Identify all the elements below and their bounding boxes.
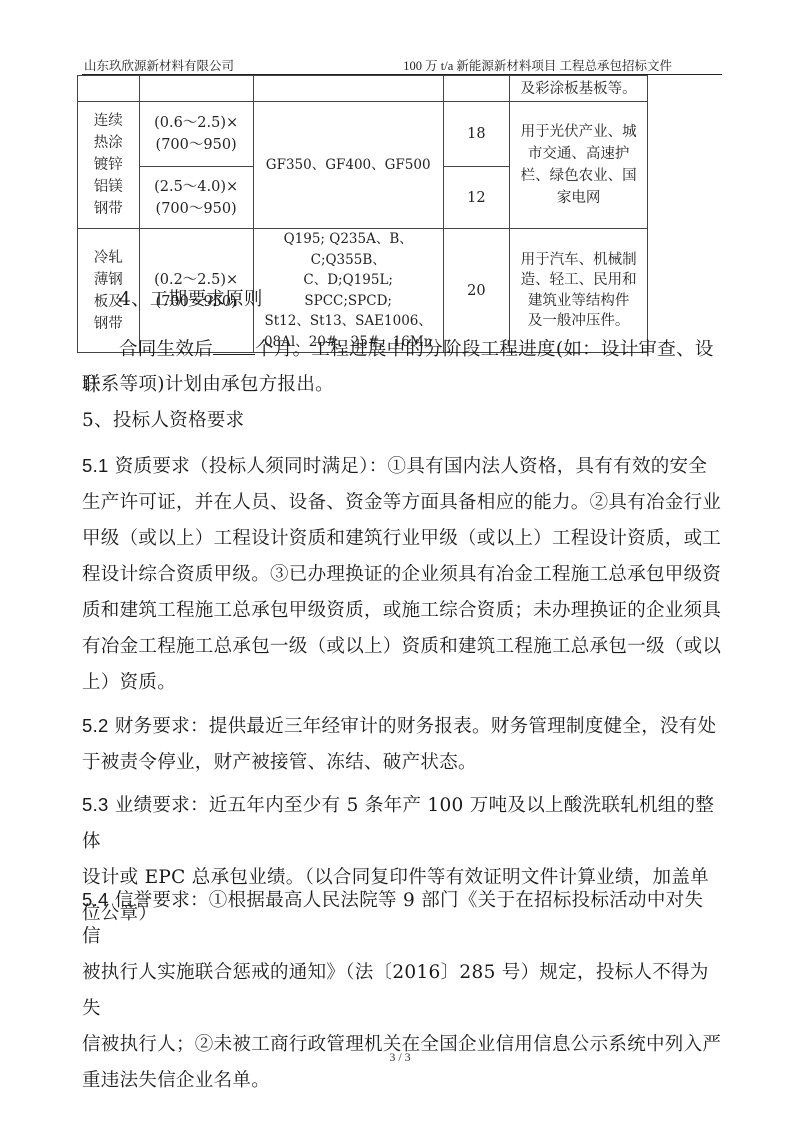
paragraph-number: 5.2 — [82, 715, 109, 736]
grade-cell: GF350、GF400、GF500 — [253, 102, 443, 229]
body-text: 合同生效后 — [119, 339, 213, 360]
product-name-cell: 连续 热涂 镀锌 铝镁 钢带 — [78, 102, 140, 229]
line-text: 业绩要求：近五年内至少有 5 条年产 100 万吨及以上酸洗联轧机组的整体 — [82, 795, 714, 852]
usage-line: 市交通、高速护 — [514, 143, 643, 165]
product-name-line: 钢带 — [82, 198, 135, 220]
table-cell — [78, 76, 140, 102]
paragraph-line: 有冶金工程施工总承包一级（或以上）资质和建筑工程施工总承包一级（或以 — [82, 629, 722, 665]
table-cell — [443, 76, 510, 102]
section-5-4: 5.4 信誉要求：①根据最高人民法院等 9 部门《关于在招标投标活动中对失信 被… — [82, 882, 722, 1099]
paragraph-line: 甲级（或以上）工程设计资质和建筑行业甲级（或以上）工程设计资质，或工 — [82, 521, 722, 557]
section-5-heading: 5、投标人资格要求 — [82, 403, 722, 439]
paragraph-line: 生产许可证，并在人员、设备、资金等方面具备相应的能力。②具有冶金行业 — [82, 485, 722, 521]
blank-field — [213, 338, 255, 355]
paragraph-line: 5.4 信誉要求：①根据最高人民法院等 9 部门《关于在招标投标活动中对失信 — [82, 882, 722, 955]
quantity-cell: 12 — [443, 167, 510, 229]
product-name-line: 冷轧 — [82, 247, 135, 269]
spec-line: (700～950) — [144, 198, 249, 220]
spec-line: (0.6～2.5)× — [144, 112, 249, 134]
paragraph-line: 5.2 财务要求：提供最近三年经审计的财务报表。财务管理制度健全，没有处 — [82, 708, 722, 745]
paragraph-number: 5.3 — [82, 794, 109, 815]
line-text: 信誉要求：①根据最高人民法院等 9 部门《关于在招标投标活动中对失信 — [82, 890, 703, 947]
section-4-heading: 4、工期要求原则 — [82, 282, 722, 318]
paragraph-line: 重违法失信企业名单。 — [82, 1063, 722, 1099]
line-text: 资质要求（投标人须同时满足）：①具有国内法人资格，具有有效的安全 — [109, 456, 708, 477]
usage-cell: 用于光伏产业、城 市交通、高速护 栏、绿色农业、国 家电网 — [510, 102, 648, 229]
product-name-line: 连续 — [82, 110, 135, 132]
page-number: 3 / 3 — [0, 1050, 800, 1065]
paragraph-number: 5.1 — [82, 455, 109, 476]
product-name-line: 镀锌 — [82, 154, 135, 176]
product-name-line: 铝镁 — [82, 176, 135, 198]
paragraph-line: 质和建筑工程施工总承包甲级资质，或施工综合资质；未办理换证的企业须具 — [82, 593, 722, 629]
grade-line: Q195; Q235A、B、C;Q355B、 — [258, 229, 439, 270]
usage-line: 家电网 — [514, 187, 643, 209]
table-row: 连续 热涂 镀锌 铝镁 钢带 (0.6～2.5)× (700～950) GF35… — [78, 102, 648, 167]
page-header: 山东玖欣源新材料有限公司 100 万 t/a 新能源新材料项目 工程总承包招标文… — [82, 55, 722, 75]
paragraph-line: 5.3 业绩要求：近五年内至少有 5 条年产 100 万吨及以上酸洗联轧机组的整… — [82, 787, 722, 860]
spec-cell: (0.6～2.5)× (700～950) — [139, 102, 253, 167]
spec-line: (700～950) — [144, 134, 249, 156]
spec-cell: (2.5～4.0)× (700～950) — [139, 167, 253, 229]
product-name-line: 热涂 — [82, 132, 135, 154]
quantity-cell: 18 — [443, 102, 510, 167]
paragraph-line: 被执行人实施联合惩戒的通知》（法〔2016〕285 号）规定，投标人不得为失 — [82, 955, 722, 1027]
section-4-body-line2: 联系等项)计划由承包方报出。 — [82, 367, 722, 403]
table-cell: 及彩涂板基板等。 — [510, 76, 648, 102]
spec-line: (2.5～4.0)× — [144, 176, 249, 198]
table-cell — [139, 76, 253, 102]
paragraph-line: 于被责令停业，财产被接管、冻结、破产状态。 — [82, 745, 722, 781]
usage-line: 用于汽车、机械制 — [514, 250, 643, 271]
line-text: 财务要求：提供最近三年经审计的财务报表。财务管理制度健全，没有处 — [109, 716, 717, 737]
section-5-2: 5.2 财务要求：提供最近三年经审计的财务报表。财务管理制度健全，没有处 于被责… — [82, 708, 722, 781]
usage-line: 用于光伏产业、城 — [514, 121, 643, 143]
usage-line: 栏、绿色农业、国 — [514, 165, 643, 187]
heading-text: 5、投标人资格要求 — [82, 410, 244, 431]
document-title: 100 万 t/a 新能源新材料项目 工程总承包招标文件 — [403, 56, 672, 74]
paragraph-number: 5.4 — [82, 889, 109, 910]
table-row: 及彩涂板基板等。 — [78, 76, 648, 102]
paragraph-line: 上）资质。 — [82, 665, 722, 701]
table-cell — [253, 76, 443, 102]
company-name: 山东玖欣源新材料有限公司 — [84, 56, 234, 74]
paragraph-line: 5.1 资质要求（投标人须同时满足）：①具有国内法人资格，具有有效的安全 — [82, 448, 722, 485]
section-5-1: 5.1 资质要求（投标人须同时满足）：①具有国内法人资格，具有有效的安全 生产许… — [82, 448, 722, 701]
paragraph-line: 程设计综合资质甲级。③已办理换证的企业须具有冶金工程施工总承包甲级资 — [82, 557, 722, 593]
